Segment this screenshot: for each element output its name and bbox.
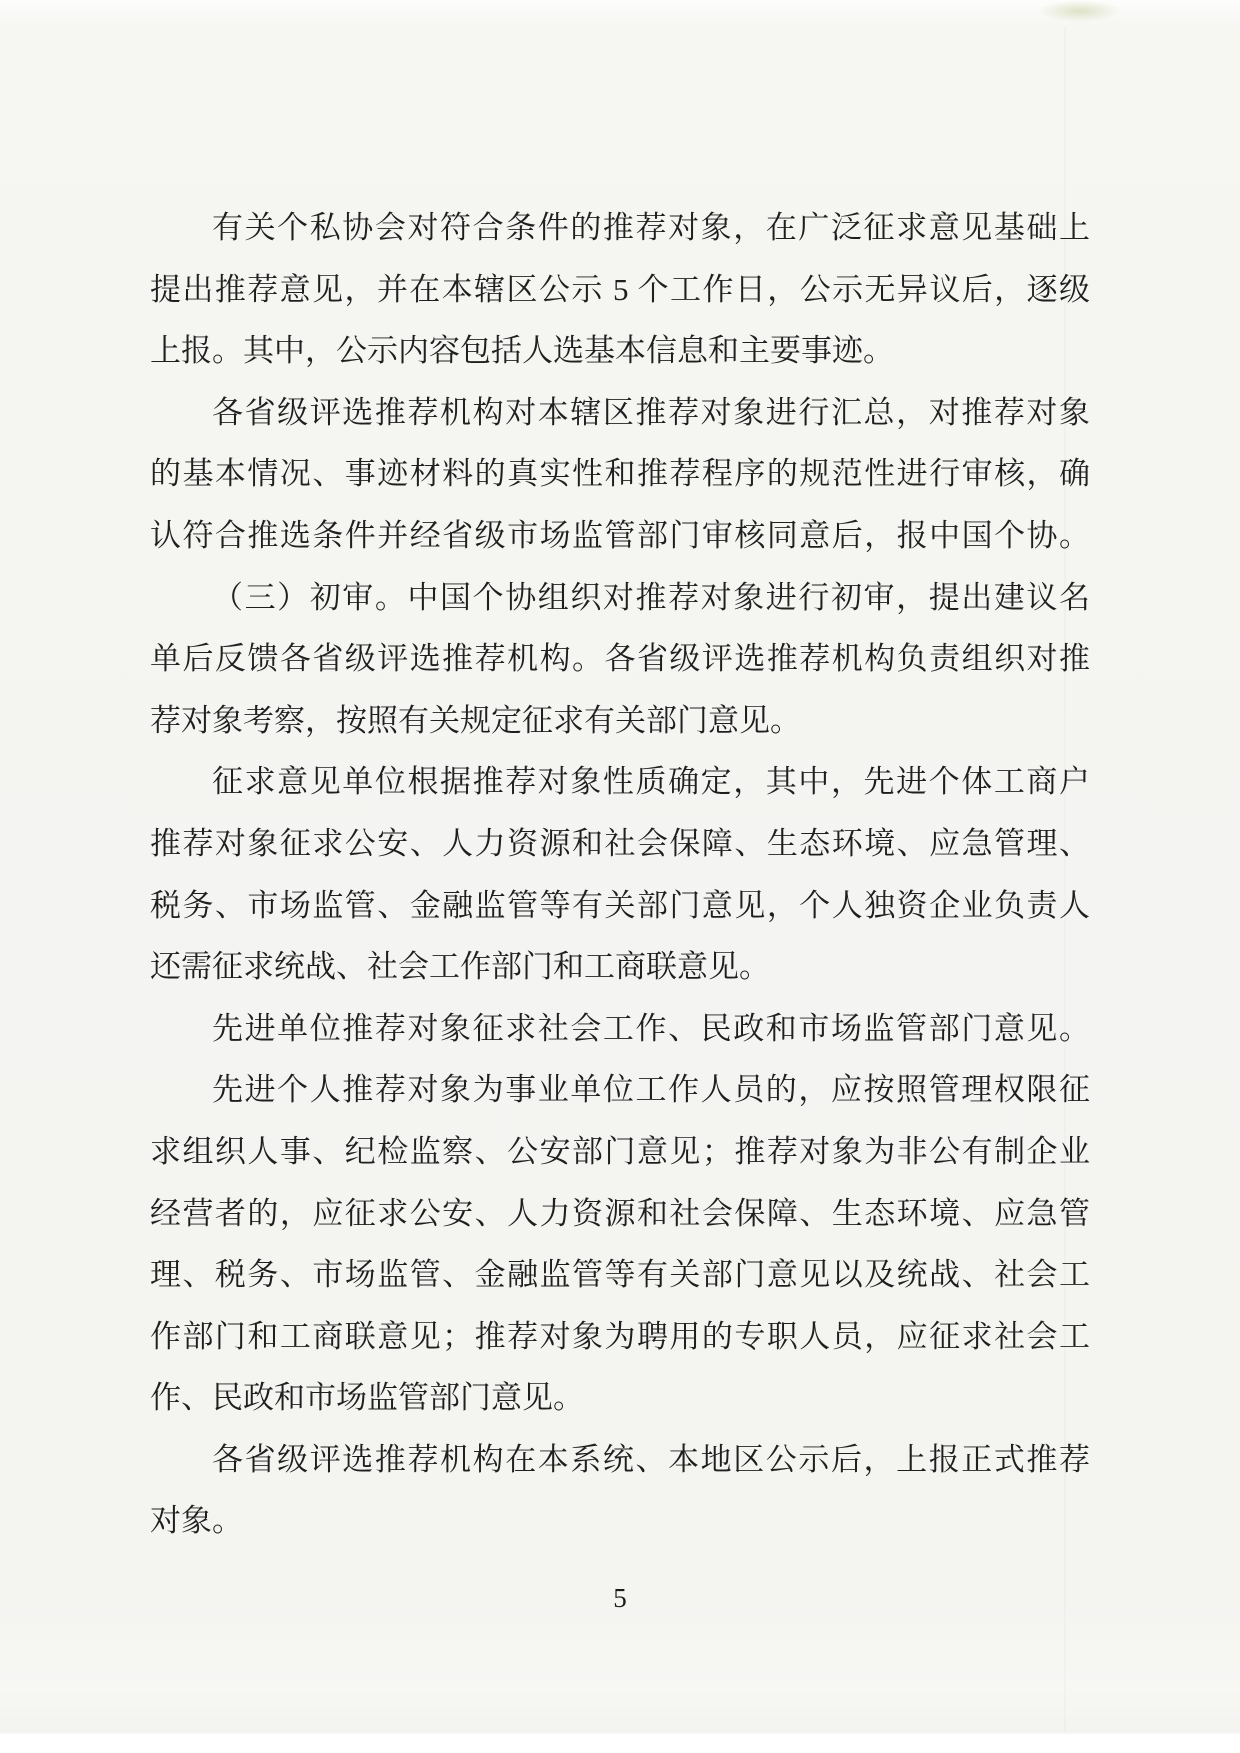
text-line: 征求意见单位根据推荐对象性质确定，其中，先进个体工商户 <box>150 751 1090 813</box>
scanned-page: 有关个私协会对符合条件的推荐对象，在广泛征求意见基础上 提出推荐意见，并在本辖区… <box>0 0 1240 1753</box>
text-line: 各省级评选推荐机构对本辖区推荐对象进行汇总，对推荐对象 <box>150 382 1090 444</box>
text-line: 认符合推选条件并经省级市场监管部门审核同意后，报中国个协。 <box>150 505 1090 567</box>
text-line: 理、税务、市场监管、金融监管等有关部门意见以及统战、社会工 <box>150 1244 1090 1306</box>
document-body: 有关个私协会对符合条件的推荐对象，在广泛征求意见基础上 提出推荐意见，并在本辖区… <box>150 197 1090 1552</box>
text-line: 求组织人事、纪检监察、公安部门意见；推荐对象为非公有制企业 <box>150 1121 1090 1183</box>
text-line: 上报。其中，公示内容包括人选基本信息和主要事迹。 <box>150 320 1090 382</box>
text-line: 各省级评选推荐机构在本系统、本地区公示后，上报正式推荐 <box>150 1429 1090 1491</box>
text-line: 税务、市场监管、金融监管等有关部门意见，个人独资企业负责人 <box>150 875 1090 937</box>
text-line: 的基本情况、事迹材料的真实性和推荐程序的规范性进行审核，确 <box>150 443 1090 505</box>
text-line: 推荐对象征求公安、人力资源和社会保障、生态环境、应急管理、 <box>150 813 1090 875</box>
text-line: 作部门和工商联意见；推荐对象为聘用的专职人员，应征求社会工 <box>150 1306 1090 1368</box>
text-line: （三）初审。中国个协组织对推荐对象进行初审，提出建议名 <box>150 567 1090 629</box>
text-line: 作、民政和市场监管部门意见。 <box>150 1367 1090 1429</box>
text-line: 对象。 <box>150 1490 1090 1552</box>
page-number: 5 <box>150 1578 1090 1618</box>
text-line: 提出推荐意见，并在本辖区公示 5 个工作日，公示无异议后，逐级 <box>150 259 1090 321</box>
text-line: 有关个私协会对符合条件的推荐对象，在广泛征求意见基础上 <box>150 197 1090 259</box>
text-line: 先进单位推荐对象征求社会工作、民政和市场监管部门意见。 <box>150 998 1090 1060</box>
text-line: 荐对象考察，按照有关规定征求有关部门意见。 <box>150 690 1090 752</box>
text-line: 还需征求统战、社会工作部门和工商联意见。 <box>150 936 1090 998</box>
scan-smudge-artifact <box>1038 0 1122 22</box>
text-line: 单后反馈各省级评选推荐机构。各省级评选推荐机构负责组织对推 <box>150 628 1090 690</box>
text-line: 经营者的，应征求公安、人力资源和社会保障、生态环境、应急管 <box>150 1183 1090 1245</box>
text-line: 先进个人推荐对象为事业单位工作人员的，应按照管理权限征 <box>150 1059 1090 1121</box>
